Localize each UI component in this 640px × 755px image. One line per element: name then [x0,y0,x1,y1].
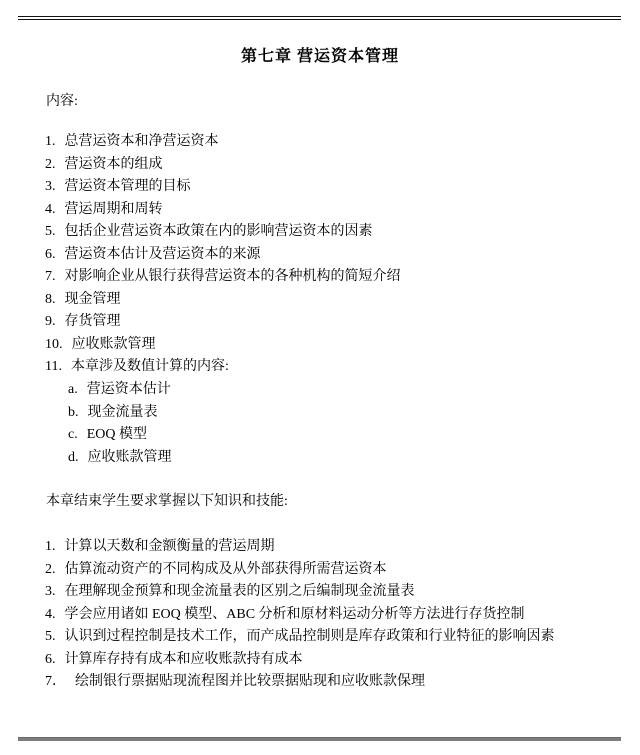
item-text: 营运资本估计及营运资本的来源 [65,247,261,262]
item-number: 7． [45,671,66,694]
item-text: 计算库存持有成本和应收账款持有成本 [65,652,303,667]
item-text: 总营运资本和净营运资本 [65,134,219,149]
item-text: 营运资本的组成 [65,157,163,172]
item-number: 8. [45,289,56,312]
skills-list-item: 3.在理解现金预算和现金流量表的区别之后编制现金流量表 [45,581,555,604]
item-text: 对影响企业从银行获得营运资本的各种机构的简短介绍 [65,269,401,284]
item-text: 本章涉及数值计算的内容: [71,359,229,374]
contents-sublist-item: b.现金流量表 [68,402,172,425]
item-number: 9. [45,311,56,334]
document-page: 第七章 营运资本管理 内容: 1.总营运资本和净营运资本 2.营运资本的组成 3… [0,0,640,755]
contents-list-item: 1.总营运资本和净营运资本 [45,131,401,154]
item-text: 营运周期和周转 [65,202,163,217]
contents-list-item: 10.应收账款管理 [45,334,401,357]
item-number: 6. [45,244,56,267]
contents-sublist-item: d.应收账款管理 [68,447,172,470]
contents-heading: 内容: [46,90,78,110]
skills-list: 1.计算以天数和金额衡量的营运周期 2.估算流动资产的不同构成及从外部获得所需营… [45,536,555,694]
contents-list-item: 6.营运资本估计及营运资本的来源 [45,244,401,267]
item-text: 估算流动资产的不同构成及从外部获得所需营运资本 [65,562,387,577]
item-number: 4. [45,604,56,627]
skills-list-item: 4.学会应用诸如 EOQ 模型、ABC 分析和原材料运动分析等方法进行存货控制 [45,604,555,627]
item-number: 2. [45,559,56,582]
contents-list-item: 5.包括企业营运资本政策在内的影响营运资本的因素 [45,221,401,244]
skills-list-item: 2.估算流动资产的不同构成及从外部获得所需营运资本 [45,559,555,582]
skills-list-item: 1.计算以天数和金额衡量的营运周期 [45,536,555,559]
item-number: 3. [45,176,56,199]
subitem-letter: a. [68,379,78,402]
contents-list-item: 8.现金管理 [45,289,401,312]
contents-list-item: 9.存货管理 [45,311,401,334]
contents-list-item: 4.营运周期和周转 [45,199,401,222]
subitem-text: EOQ 模型 [87,427,147,442]
item-text: 学会应用诸如 EOQ 模型、ABC 分析和原材料运动分析等方法进行存货控制 [65,607,525,622]
contents-sublist-item: a.营运资本估计 [68,379,172,402]
item-text: 包括企业营运资本政策在内的影响营运资本的因素 [65,224,373,239]
item-number: 11. [45,356,62,379]
item-number: 5. [45,221,56,244]
item-number: 5. [45,626,56,649]
contents-sublist-item: c.EOQ 模型 [68,424,172,447]
item-text: 应收账款管理 [72,337,156,352]
contents-list-item: 11.本章涉及数值计算的内容: [45,356,401,379]
footer-rule [18,737,621,741]
skills-heading: 本章结束学生要求掌握以下知识和技能: [46,490,288,510]
skills-list-item: 6.计算库存持有成本和应收账款持有成本 [45,649,555,672]
item-number: 4. [45,199,56,222]
item-number: 1. [45,131,56,154]
subitem-letter: d. [68,447,79,470]
item-text: 计算以天数和金额衡量的营运周期 [65,539,275,554]
item-text: 现金管理 [65,292,121,307]
contents-list-item: 2.营运资本的组成 [45,154,401,177]
item-number: 6. [45,649,56,672]
item-number: 7. [45,266,56,289]
item-text: 在理解现金预算和现金流量表的区别之后编制现金流量表 [65,584,415,599]
subitem-letter: b. [68,402,79,425]
item-text: 存货管理 [65,314,121,329]
item-number: 3. [45,581,56,604]
contents-sublist: a.营运资本估计 b.现金流量表 c.EOQ 模型 d.应收账款管理 [68,379,172,469]
item-number: 2. [45,154,56,177]
item-text: 绘制银行票据贴现流程图并比较票据贴现和应收账款保理 [75,674,425,689]
contents-list-item: 3.营运资本管理的目标 [45,176,401,199]
subitem-text: 现金流量表 [88,405,158,420]
contents-list-item: 7.对影响企业从银行获得营运资本的各种机构的简短介绍 [45,266,401,289]
subitem-letter: c. [68,424,78,447]
skills-list-item: 7．绘制银行票据贴现流程图并比较票据贴现和应收账款保理 [45,671,555,694]
chapter-title: 第七章 营运资本管理 [0,43,640,66]
header-double-rule [18,16,621,20]
item-number: 10. [45,334,63,357]
item-text: 认识到过程控制是技术工作，而产成品控制则是库存政策和行业特征的影响因素 [65,629,555,644]
skills-list-item: 5.认识到过程控制是技术工作，而产成品控制则是库存政策和行业特征的影响因素 [45,626,555,649]
item-text: 营运资本管理的目标 [65,179,191,194]
subitem-text: 营运资本估计 [87,382,171,397]
subitem-text: 应收账款管理 [88,450,172,465]
item-number: 1. [45,536,56,559]
contents-list: 1.总营运资本和净营运资本 2.营运资本的组成 3.营运资本管理的目标 4.营运… [45,131,401,379]
